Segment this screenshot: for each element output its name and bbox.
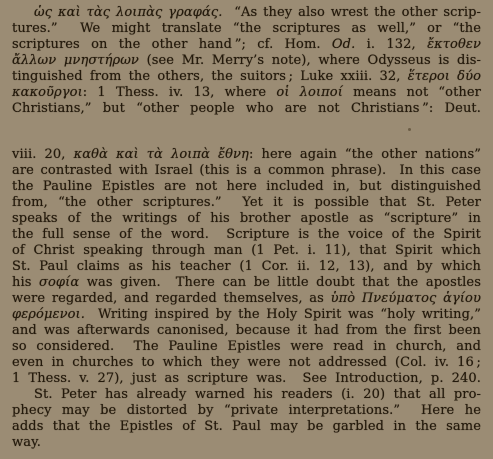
note-other-scriptures: ὡς καὶ τὰς λοιπὰς γραφάς. “As they also … [12,5,481,117]
text-segment: St. Peter has already warned his readers… [34,387,481,402]
text-line: viii. 20, καθὰ καὶ τὰ λοιπὰ ἔθνη: here a… [12,147,481,163]
text-segment: adds that the Epistles of St. Paul may b… [12,419,481,434]
text-line: are contrasted with Israel (this is a co… [12,163,481,179]
greek-text-segment: ὡς καὶ τὰς λοιπὰς γραφάς. [34,5,222,20]
text-segment: the Pauline Epistles are not here includ… [12,179,481,194]
text-line: from, “the other scriptures.” Yet it is … [12,195,481,211]
greek-text-segment: ἄλλων μνηστήρων [12,53,139,68]
text-segment: Christians,” but “other people who are n… [12,101,481,116]
text-segment: phecy may be distorted by “private inter… [12,403,481,418]
text-segment: viii. 20, [12,147,74,162]
text-segment: of Christ speaking through man (1 Pet. i… [12,243,481,258]
text-segment: “As they also wrest the other scrip- [222,5,481,20]
text-line: φερόμενοι. Writing inspired by the Holy … [12,307,481,323]
text-line: and was afterwards canonised, because it… [12,323,481,339]
greek-text-segment: ἔκτοθεν [427,37,481,52]
text-block: ὡς καὶ τὰς λοιπὰς γραφάς. “As they also … [12,5,481,451]
text-line: the Pauline Epistles are not here includ… [12,179,481,195]
text-line: speaks of the writings of his brother ap… [12,211,481,227]
text-line: tures.” We might translate “the scriptur… [12,21,481,37]
italic-text-segment: Od. [332,37,355,52]
text-line: tinguished from the others, the suitors … [12,69,481,85]
greek-text-segment: καθὰ καὶ τὰ λοιπὰ ἔθνη [74,147,249,162]
text-line: way. [12,435,481,451]
text-segment: way. [12,435,41,450]
greek-text-segment: ὑπὸ Πνεύματος ἁγίου [331,291,481,306]
text-segment: St. Paul claims as his teacher (1 Cor. i… [12,259,481,274]
text-line: ὡς καὶ τὰς λοιπὰς γραφάς. “As they also … [12,5,481,21]
text-line: adds that the Epistles of St. Paul may b… [12,419,481,435]
greek-text-segment: σοφία [39,275,79,290]
text-line: St. Peter has already warned his readers… [12,387,481,403]
text-line: Christians,” but “other people who are n… [12,101,481,117]
text-segment: his [12,275,39,290]
note-st-peter-warning: St. Peter has already warned his readers… [12,387,481,451]
text-line: his σοφία was given. There can be little… [12,275,481,291]
text-segment: (see Mr. Merry’s note), where Odysseus i… [139,53,481,68]
greek-text-segment: κακοῦργοι [12,85,83,100]
text-line: ἄλλων μνηστήρων (see Mr. Merry’s note), … [12,53,481,69]
greek-text-segment: ἕτεροι δύο [408,69,481,84]
greek-text-segment: οἱ λοιποί [276,85,343,100]
text-line: 1 Thess. v. 27), just as scripture was. … [12,371,481,387]
text-segment: speaks of the writings of his brother ap… [12,211,481,226]
text-line: were regarded, and regarded themselves, … [12,291,481,307]
text-segment: i. 132, [355,37,427,52]
text-segment: and was afterwards canonised, because it… [12,323,481,338]
text-line: St. Paul claims as his teacher (1 Cor. i… [12,259,481,275]
text-segment: tures.” We might translate “the scriptur… [12,21,481,36]
text-segment: so considered. The Pauline Epistles were… [12,339,481,354]
text-line: phecy may be distorted by “private inter… [12,403,481,419]
greek-text-segment: φερόμενοι. [12,307,85,322]
text-segment: Writing inspired by the Holy Spirit was … [85,307,481,322]
text-line: the full sense of the word. Scripture is… [12,227,481,243]
text-segment: from, “the other scriptures.” Yet it is … [12,195,481,210]
text-segment: were regarded, and regarded themselves, … [12,291,331,306]
text-segment: are contrasted with Israel (this is a co… [12,163,481,178]
text-segment: scriptures on the other hand ”; cf. Hom. [12,37,332,52]
text-segment: the full sense of the word. Scripture is… [12,227,481,242]
text-segment: even in churches to which they were not … [12,355,481,370]
text-line: so considered. The Pauline Epistles were… [12,339,481,355]
text-segment: 1 Thess. v. 27), just as scripture was. … [12,371,481,386]
text-segment: was given. There can be little doubt tha… [79,275,481,290]
book-page: ὡς καὶ τὰς λοιπὰς γραφάς. “As they also … [0,0,493,459]
ink-speck [408,128,411,131]
note-deut-viii-20: viii. 20, καθὰ καὶ τὰ λοιπὰ ἔθνη: here a… [12,147,481,387]
text-line: scriptures on the other hand ”; cf. Hom.… [12,37,481,53]
text-line: κακοῦργοι: 1 Thess. iv. 13, where οἱ λοι… [12,85,481,101]
text-line: of Christ speaking through man (1 Pet. i… [12,243,481,259]
text-segment: : here again “the other nations” [249,147,481,162]
text-segment: : 1 Thess. iv. 13, where [83,85,277,100]
text-line: even in churches to which they were not … [12,355,481,371]
text-segment: tinguished from the others, the suitors … [12,69,408,84]
text-segment: means not “other [343,85,481,100]
